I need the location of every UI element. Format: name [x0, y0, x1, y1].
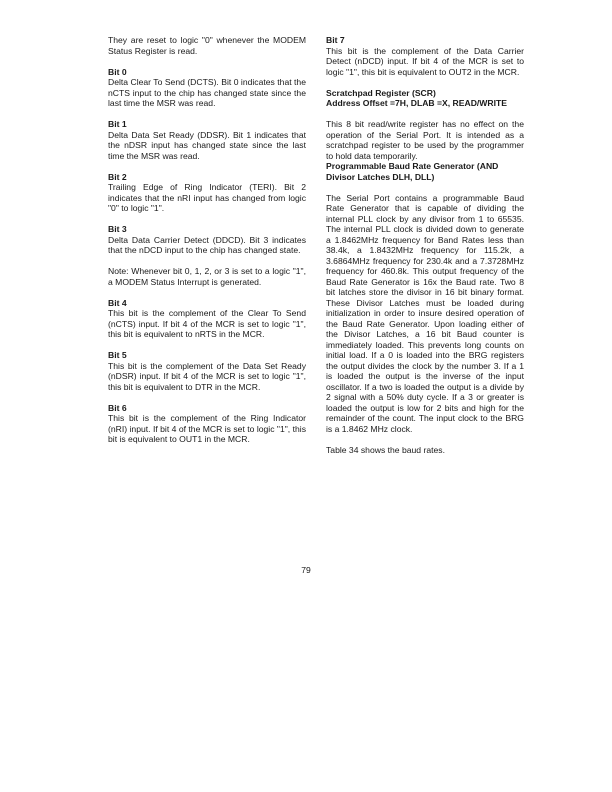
table-ref-text: Table 34 shows the baud rates. — [326, 445, 524, 456]
bit0-section: Bit 0 Delta Clear To Send (DCTS). Bit 0 … — [108, 67, 306, 109]
brg-heading-block: Programmable Baud Rate Generator (AND Di… — [326, 161, 524, 182]
right-column: Bit 7 This bit is the complement of the … — [326, 35, 524, 466]
bit6-section: Bit 6 This bit is the complement of the … — [108, 403, 306, 445]
bit1-section: Bit 1 Delta Data Set Ready (DDSR). Bit 1… — [108, 119, 306, 161]
bit1-heading: Bit 1 — [108, 119, 306, 130]
bit2-section: Bit 2 Trailing Edge of Ring Indicator (T… — [108, 172, 306, 214]
bit7-heading: Bit 7 — [326, 35, 524, 46]
bit4-text: This bit is the complement of the Clear … — [108, 308, 306, 340]
scr-heading-line1: Scratchpad Register (SCR) — [326, 88, 524, 99]
bit6-heading: Bit 6 — [108, 403, 306, 414]
bit0-heading: Bit 0 — [108, 67, 306, 78]
bit5-text: This bit is the complement of the Data S… — [108, 361, 306, 393]
note-paragraph: Note: Whenever bit 0, 1, 2, or 3 is set … — [108, 266, 306, 287]
bit3-text: Delta Data Carrier Detect (DDCD). Bit 3 … — [108, 235, 306, 256]
brg-text: The Serial Port contains a programmable … — [326, 193, 524, 435]
table-ref-paragraph: Table 34 shows the baud rates. — [326, 445, 524, 456]
bit6-text: This bit is the complement of the Ring I… — [108, 413, 306, 445]
bit7-text: This bit is the complement of the Data C… — [326, 46, 524, 78]
scr-text: This 8 bit read/write register has no ef… — [326, 119, 524, 161]
left-column: They are reset to logic "0" whenever the… — [108, 35, 306, 455]
bit3-heading: Bit 3 — [108, 224, 306, 235]
bit3-section: Bit 3 Delta Data Carrier Detect (DDCD). … — [108, 224, 306, 256]
bit2-heading: Bit 2 — [108, 172, 306, 183]
brg-paragraph: The Serial Port contains a programmable … — [326, 193, 524, 435]
scr-paragraph: This 8 bit read/write register has no ef… — [326, 119, 524, 161]
bit5-section: Bit 5 This bit is the complement of the … — [108, 350, 306, 392]
brg-heading-line1: Programmable Baud Rate Generator (AND — [326, 161, 524, 172]
bit4-heading: Bit 4 — [108, 298, 306, 309]
scr-heading-line2: Address Offset =7H, DLAB =X, READ/WRITE — [326, 98, 524, 109]
bit2-text: Trailing Edge of Ring Indicator (TERI). … — [108, 182, 306, 214]
intro-paragraph: They are reset to logic "0" whenever the… — [108, 35, 306, 56]
bit5-heading: Bit 5 — [108, 350, 306, 361]
bit7-section: Bit 7 This bit is the complement of the … — [326, 35, 524, 77]
note-text: Note: Whenever bit 0, 1, 2, or 3 is set … — [108, 266, 306, 287]
bit1-text: Delta Data Set Ready (DDSR). Bit 1 indic… — [108, 130, 306, 162]
bit4-section: Bit 4 This bit is the complement of the … — [108, 298, 306, 340]
brg-heading-line2: Divisor Latches DLH, DLL) — [326, 172, 524, 183]
scr-heading-block: Scratchpad Register (SCR) Address Offset… — [326, 88, 524, 109]
bit0-text: Delta Clear To Send (DCTS). Bit 0 indica… — [108, 77, 306, 109]
intro-text: They are reset to logic "0" whenever the… — [108, 35, 306, 56]
page-number: 79 — [0, 565, 612, 576]
